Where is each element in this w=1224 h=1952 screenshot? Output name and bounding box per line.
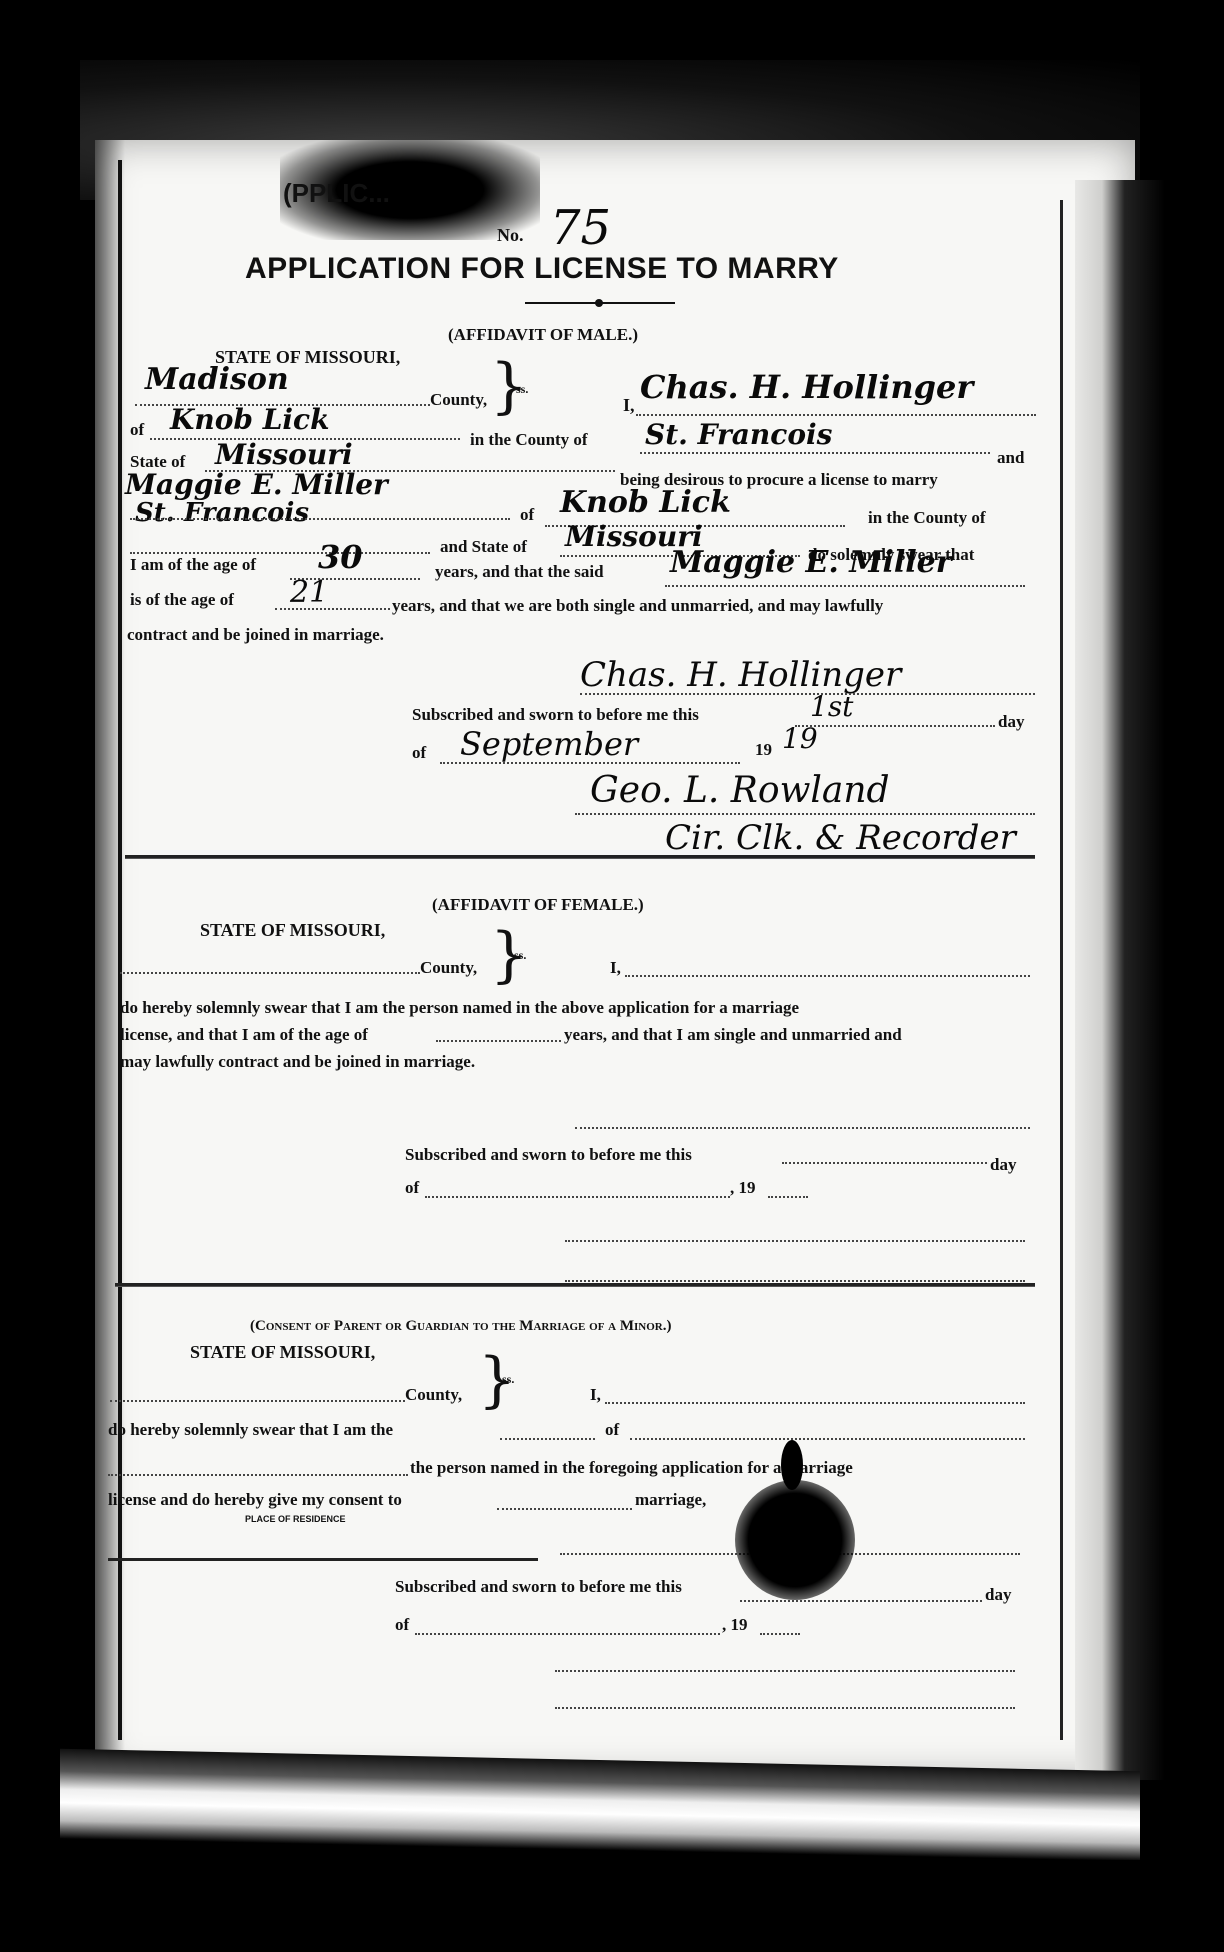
bride-of-label: of <box>520 505 534 525</box>
title-ornament <box>525 302 675 304</box>
female-name-line <box>625 975 1030 977</box>
consent-line1b: of <box>605 1420 619 1440</box>
number-label: No. <box>497 225 524 246</box>
ink-blot <box>735 1480 855 1600</box>
subscribed-label: Subscribed and sworn to before me this <box>412 705 699 725</box>
applicant-name-line <box>636 414 1036 416</box>
year-prefix: 19 <box>755 740 772 760</box>
female-line2a: license, and that I am of the age of <box>120 1025 368 1045</box>
consent-day-line <box>740 1600 982 1602</box>
female-clerk-line <box>565 1240 1025 1242</box>
and-label: and <box>997 448 1024 468</box>
applicant-signature: Chas. H. Hollinger <box>580 655 901 695</box>
application-number: 75 <box>550 200 611 256</box>
consent-line3a: license and do hereby give my consent to <box>108 1490 402 1510</box>
said-name-handwritten: Maggie E. Miller <box>670 545 952 580</box>
year-handwritten: 19 <box>782 722 818 755</box>
relationship-line <box>500 1438 595 1440</box>
clerk-title: Cir. Clk. & Recorder <box>665 818 1016 858</box>
is-age-label: is of the age of <box>130 590 234 610</box>
of-month-label: of <box>412 743 426 763</box>
female-line3: may lawfully contract and be joined in m… <box>120 1052 475 1072</box>
margin-rule-right <box>1060 200 1063 1740</box>
consent-i-label: I, <box>590 1385 601 1405</box>
i-label: I, <box>623 395 635 416</box>
female-line2b: years, and that I am single and unmarrie… <box>564 1025 902 1045</box>
month-line <box>440 762 740 764</box>
consent-line3b: marriage, <box>635 1490 706 1510</box>
bride-county-handwritten: St. Francois <box>135 498 309 528</box>
male-affidavit-heading: (AFFIDAVIT OF MALE.) <box>448 325 638 345</box>
section-divider <box>115 1283 1035 1287</box>
consent-ss-label: ss. <box>502 1372 514 1387</box>
female-age-handwritten: 21 <box>290 575 328 610</box>
bride-in-county-label: in the County of <box>868 508 986 528</box>
female-age-line <box>436 1040 561 1042</box>
female-day-label: day <box>990 1155 1016 1175</box>
scan-background <box>0 1860 1224 1952</box>
female-signature-line <box>575 1127 1030 1129</box>
consent-pronoun-line <box>497 1508 632 1510</box>
consent-state-label: STATE OF MISSOURI, <box>190 1342 375 1363</box>
female-year-line <box>768 1196 808 1198</box>
county-handwritten: Madison <box>145 362 289 397</box>
consent-year-line <box>760 1633 800 1635</box>
ss-label: ss. <box>516 382 528 397</box>
consent-name-line <box>605 1402 1025 1404</box>
clerk-signature-line <box>575 813 1035 815</box>
month-handwritten: September <box>460 725 638 763</box>
said-name-line <box>665 585 1025 587</box>
form-stamp: (PPLIC... <box>283 178 390 209</box>
female-month-line <box>425 1196 730 1198</box>
residence-state-handwritten: Missouri <box>215 438 353 471</box>
and-state-of-label: and State of <box>440 537 527 557</box>
residence-county-line <box>640 452 990 454</box>
female-age-line <box>275 608 390 610</box>
day-label: day <box>998 712 1024 732</box>
day-handwritten: 1st <box>810 690 853 723</box>
contract-text: contract and be joined in marriage. <box>127 625 384 645</box>
single-text: years, and that we are both single and u… <box>392 596 883 616</box>
female-i-label: I, <box>610 958 621 978</box>
female-year-prefix: , 19 <box>730 1178 756 1198</box>
residence-handwritten: Knob Lick <box>170 403 329 436</box>
clerk-signature: Geo. L. Rowland <box>590 770 890 811</box>
bride-name-handwritten: Maggie E. Miller <box>125 468 388 501</box>
consent-subscribed-label: Subscribed and sworn to before me this <box>395 1577 682 1597</box>
county-blank-line <box>130 552 430 554</box>
female-subscribed-label: Subscribed and sworn to before me this <box>405 1145 692 1165</box>
day-line <box>795 725 995 727</box>
female-ss-label: ss. <box>514 948 526 963</box>
female-state-label: STATE OF MISSOURI, <box>200 920 385 941</box>
consent-clerk-title-line <box>555 1707 1015 1709</box>
scan-border-right <box>1075 180 1165 1780</box>
consent-county-label: County, <box>405 1385 462 1405</box>
consent-heading: (Consent of Parent or Guardian to the Ma… <box>250 1318 672 1335</box>
consent-month-line <box>415 1633 720 1635</box>
consent-county-line <box>110 1400 405 1402</box>
place-of-residence-label: PLACE OF RESIDENCE <box>245 1514 346 1524</box>
county-label: County, <box>430 390 487 410</box>
female-of-label: of <box>405 1178 419 1198</box>
consent-line1a: do hereby solemnly swear that I am the <box>108 1420 393 1440</box>
section-divider <box>125 855 1035 859</box>
female-day-line <box>782 1162 987 1164</box>
minor-name-line <box>630 1438 1025 1440</box>
years-said-label: years, and that the said <box>435 562 604 582</box>
bride-residence-handwritten: Knob Lick <box>560 485 731 520</box>
female-county-label: County, <box>420 958 477 978</box>
consent-day-label: day <box>985 1585 1011 1605</box>
male-age-handwritten: 30 <box>318 538 363 576</box>
consent-of-label: of <box>395 1615 409 1635</box>
minor-residence-line <box>108 1474 408 1476</box>
consent-clerk-line <box>555 1670 1015 1672</box>
female-clerk-title-line <box>565 1280 1025 1282</box>
consent-year-prefix: , 19 <box>722 1615 748 1635</box>
page-title: APPLICATION FOR LICENSE TO MARRY <box>245 252 839 286</box>
female-county-line <box>120 972 420 974</box>
of-label: of <box>130 420 144 440</box>
bride-name-line <box>130 518 510 520</box>
female-line1: do hereby solemnly swear that I am the p… <box>120 998 799 1018</box>
residence-county-handwritten: St. Francois <box>645 418 832 451</box>
residence-rule <box>108 1558 538 1561</box>
applicant-name-handwritten: Chas. H. Hollinger <box>640 368 973 406</box>
signature-line <box>580 693 1035 695</box>
in-county-label: in the County of <box>470 430 588 450</box>
female-affidavit-heading: (AFFIDAVIT OF FEMALE.) <box>432 895 644 915</box>
age-label: I am of the age of <box>130 555 256 575</box>
